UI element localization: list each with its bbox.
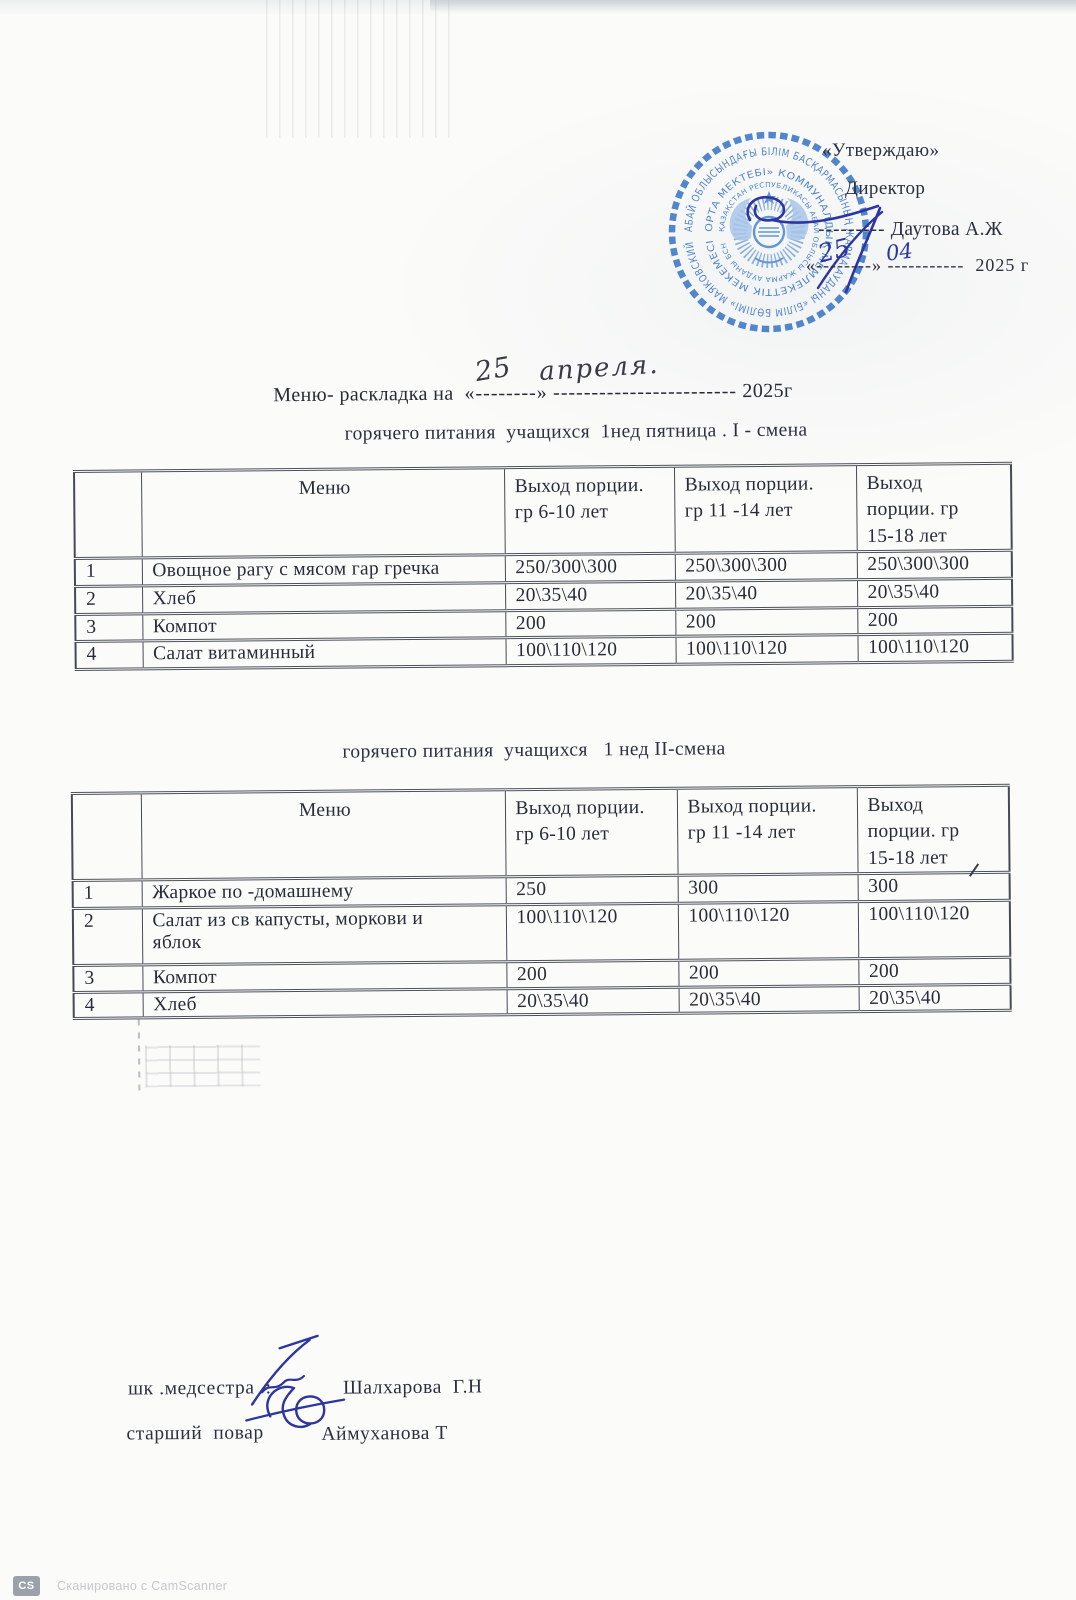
table-cell: Компот bbox=[142, 611, 505, 641]
camscanner-logo-icon: CS bbox=[13, 1576, 40, 1596]
menu-table-shift1: Меню Выход порции. гр 6-10 лет Выход пор… bbox=[73, 462, 1014, 671]
nurse-name: Шалхарова Г.Н bbox=[343, 1376, 483, 1399]
table-cell: 3 bbox=[75, 614, 142, 642]
table-cell: Меню bbox=[141, 790, 506, 880]
table-cell: 200 bbox=[675, 608, 857, 637]
table-cell: Выход порции. гр 11 -14 лет bbox=[674, 465, 857, 554]
table-header-row: Меню Выход порции. гр 6-10 лет Выход пор… bbox=[74, 463, 1012, 558]
table-cell: 2 bbox=[73, 908, 142, 966]
table-cell: 200 bbox=[505, 609, 675, 637]
table-cell: Меню bbox=[141, 468, 505, 558]
table-cell: 250 bbox=[506, 875, 678, 904]
table-cell: Выход порции. гр 15-18 лет bbox=[857, 785, 1010, 873]
table-cell: 20\35\40 bbox=[505, 581, 675, 610]
shift1-subtitle: горячего питания учащихся 1нед пятница .… bbox=[345, 420, 808, 446]
scanned-document-page: АБАЙ ОБЛЫСЫНДАҒЫ БІЛІМ БАСҚАРМАСЫНЫҢ ЖАР… bbox=[0, 0, 1076, 1600]
table-cell: 250\300\300 bbox=[675, 552, 857, 582]
table-cell: Салат из св капусты, моркови и яблок bbox=[142, 905, 506, 965]
table-cell: Выход порции. гр 15-18 лет bbox=[856, 463, 1012, 551]
table-cell: Выход порции. гр 6-10 лет bbox=[505, 788, 678, 876]
handwritten-title-day: 25 bbox=[473, 352, 514, 389]
table-cell: 20\35\40 bbox=[857, 578, 1012, 607]
table-cell: Компот bbox=[142, 962, 506, 992]
table-cell: 100\110\120 bbox=[858, 900, 1010, 958]
table-cell bbox=[72, 793, 142, 881]
table-cell: Выход порции. гр 6-10 лет bbox=[504, 466, 675, 554]
table-cell: 2 bbox=[75, 586, 142, 615]
table-cell: 4 bbox=[75, 641, 142, 670]
camscanner-watermark-text: Сканировано с CamScanner bbox=[57, 1579, 227, 1593]
table-cell: 1 bbox=[73, 880, 142, 909]
scan-artifact-dots bbox=[145, 1044, 260, 1087]
table-row: 2 Салат из св капусты, моркови и яблок 1… bbox=[73, 900, 1010, 965]
table-cell: 300 bbox=[858, 872, 1010, 901]
document-body: Меню- раскладка на «--------» ----------… bbox=[0, 0, 1076, 1600]
table-cell: 3 bbox=[73, 965, 142, 993]
title-year: 2025г bbox=[742, 380, 792, 402]
table-cell: 1 bbox=[75, 558, 142, 587]
table-cell: 300 bbox=[678, 874, 858, 904]
table-cell: 20\35\40 bbox=[859, 984, 1011, 1011]
table-cell: 20\35\40 bbox=[507, 987, 679, 1014]
shift2-subtitle: горячего питания учащихся 1 нед II-смена bbox=[342, 738, 725, 763]
table-cell: 100\110\120 bbox=[675, 635, 857, 665]
table-cell: 100\110\120 bbox=[505, 636, 675, 665]
table-cell bbox=[74, 471, 142, 559]
table-cell: 100\110\120 bbox=[678, 902, 858, 961]
table-cell: 100\110\120 bbox=[857, 633, 1012, 662]
table-cell: Овощное рагу с мясом гар гречка bbox=[142, 555, 505, 586]
title-prefix: Меню- раскладка на bbox=[273, 383, 453, 407]
table-cell: 200 bbox=[678, 959, 858, 988]
document-title-line: Меню- раскладка на «--------» ----------… bbox=[273, 380, 792, 408]
menu-table-shift2: Меню Выход порции. гр 6-10 лет Выход пор… bbox=[71, 784, 1012, 1020]
table-cell: Хлеб bbox=[142, 583, 505, 614]
table-cell: 250\300\300 bbox=[857, 550, 1012, 579]
table-cell: 20\35\40 bbox=[675, 580, 857, 610]
scan-artifact-line bbox=[138, 1019, 141, 1097]
table-cell: 200 bbox=[857, 606, 1012, 634]
table-cell: 200 bbox=[858, 957, 1010, 985]
table-cell: Выход порции. гр 11 -14 лет bbox=[677, 787, 858, 876]
table-cell: Хлеб bbox=[143, 989, 507, 1018]
table-header-row: Меню Выход порции. гр 6-10 лет Выход пор… bbox=[72, 785, 1010, 880]
table-cell: 200 bbox=[506, 960, 678, 988]
table-cell: 100\110\120 bbox=[506, 903, 678, 961]
table-cell: 20\35\40 bbox=[679, 986, 859, 1014]
table-cell: Салат витаминный bbox=[142, 638, 505, 669]
table-cell: 250/300\300 bbox=[505, 553, 675, 582]
table-cell: Жаркое по -домашнему bbox=[142, 877, 506, 908]
table-cell: 4 bbox=[74, 992, 143, 1019]
cook-name: Аймуханова Т bbox=[321, 1423, 448, 1446]
